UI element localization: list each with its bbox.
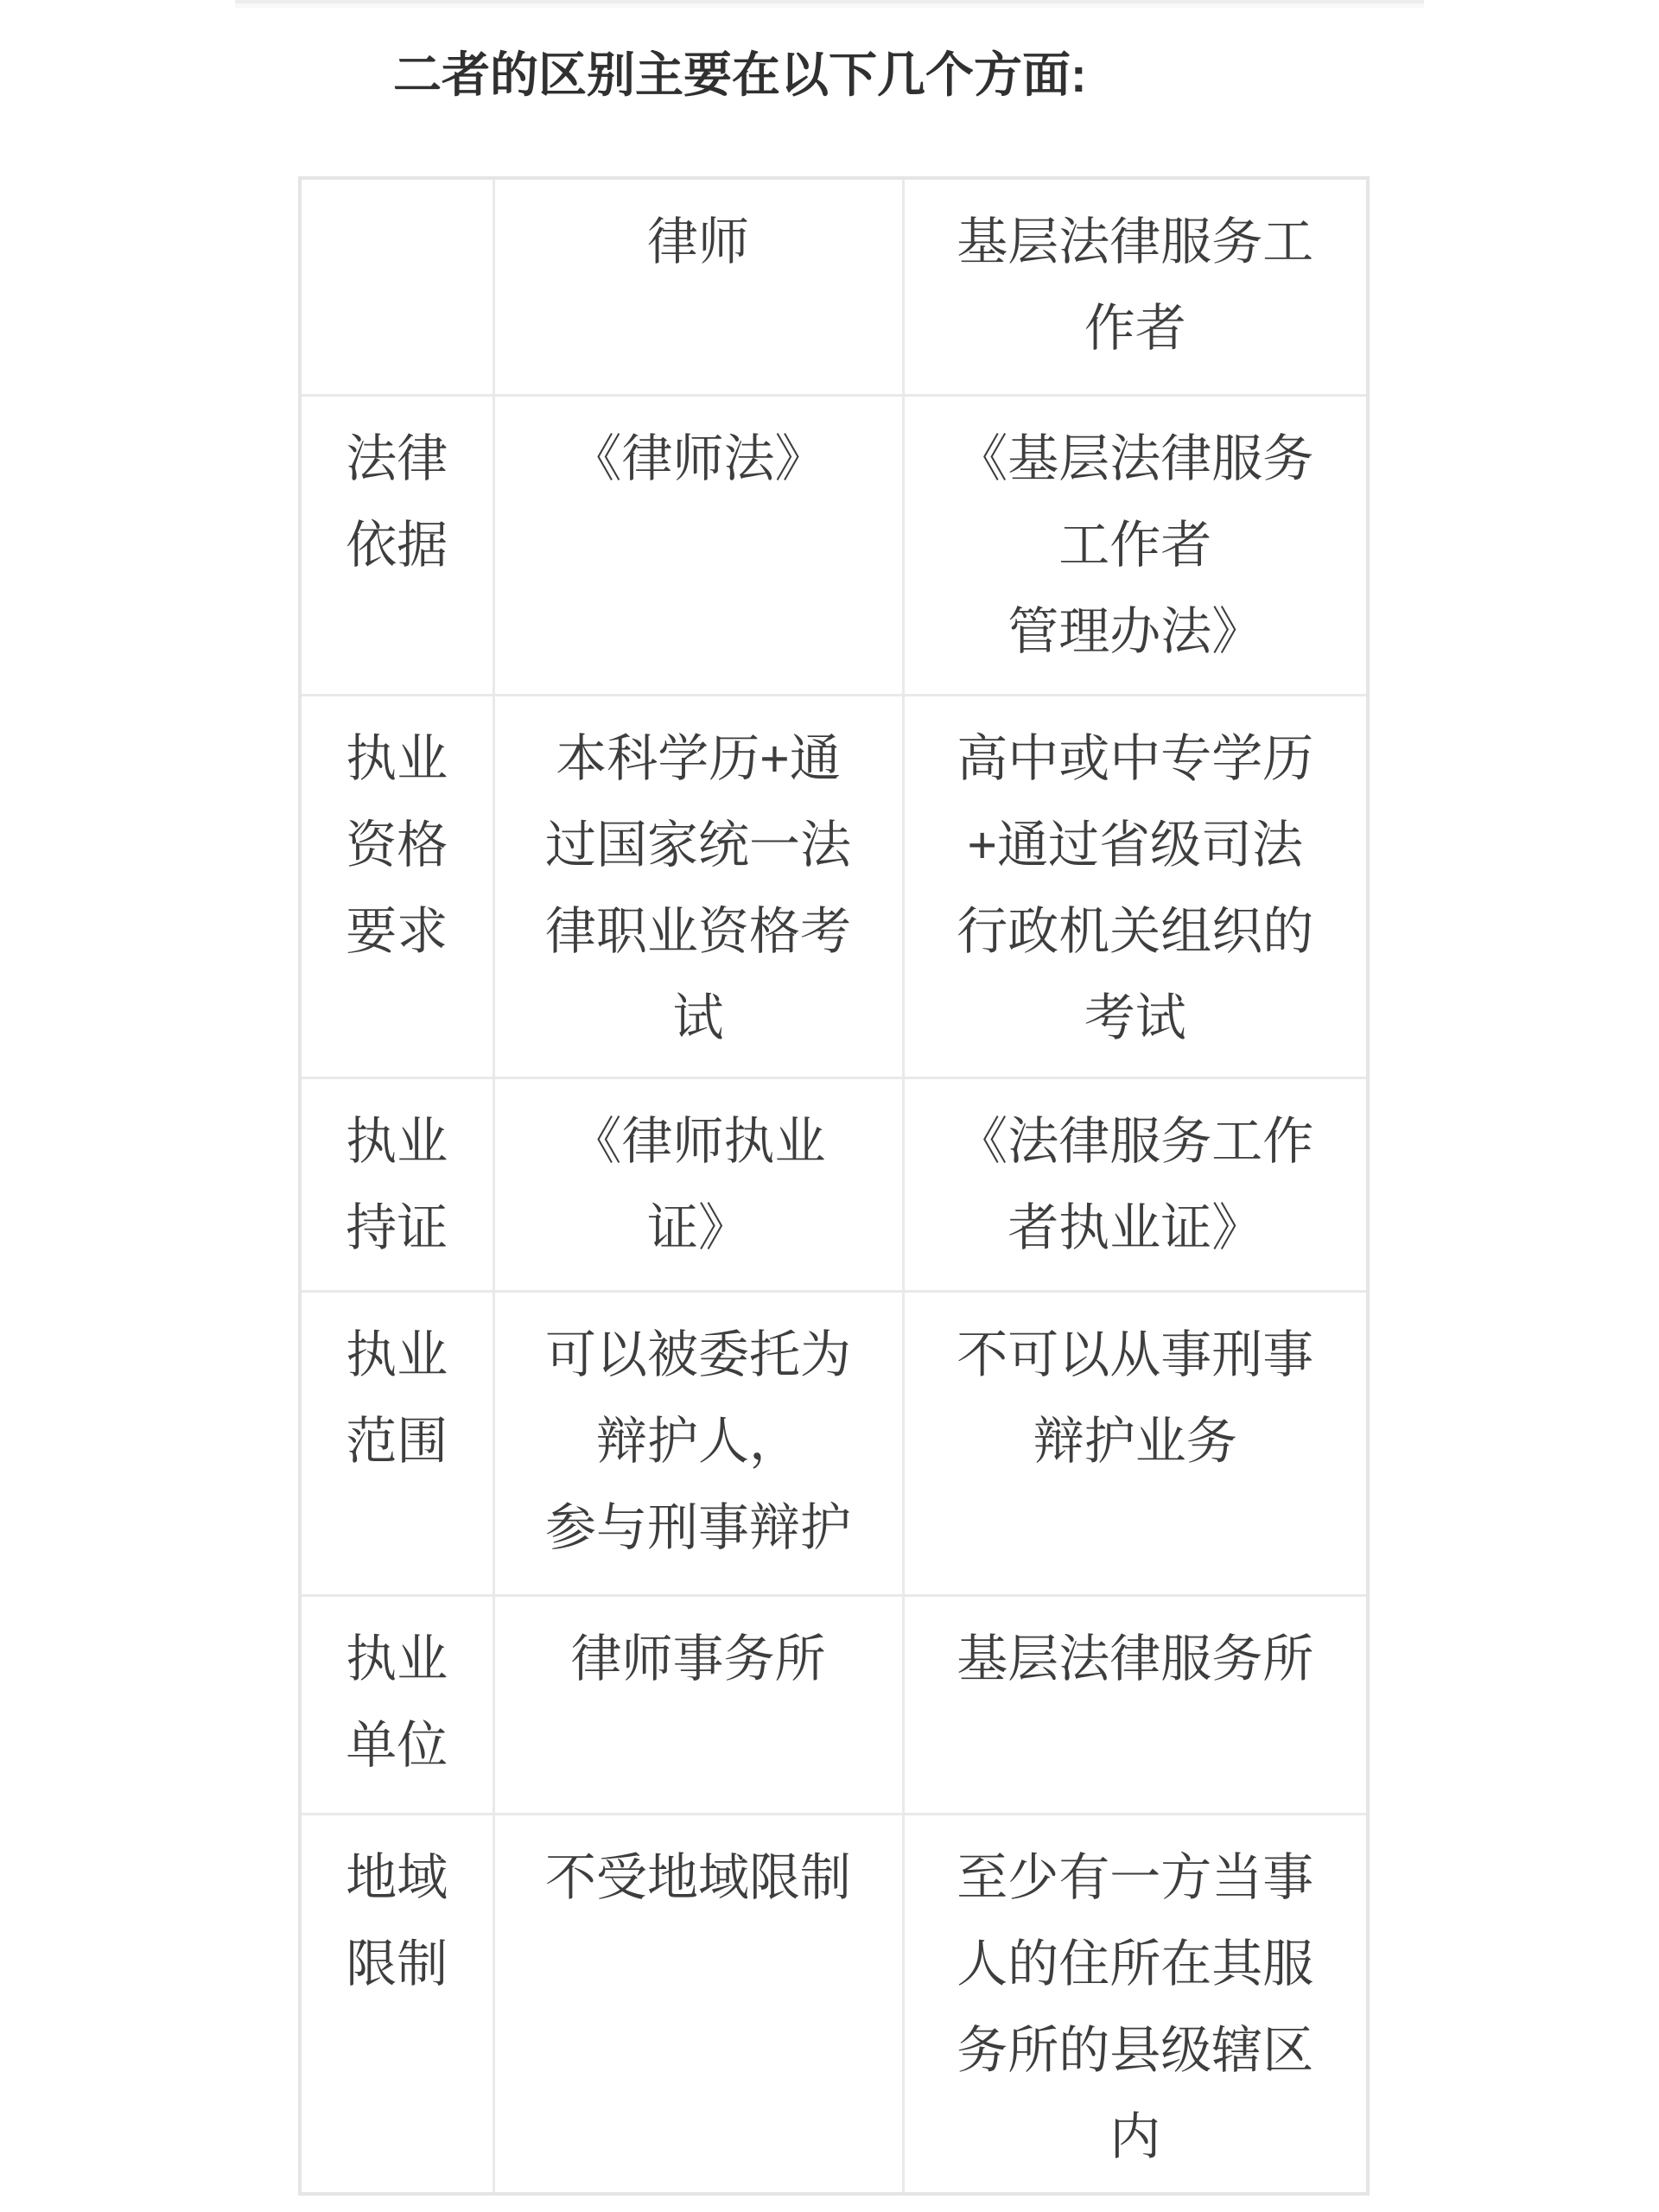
- lawyer-cell: 律师事务所: [493, 1595, 903, 1814]
- lawyer-cell: 可以被委托为 辩护人， 参与刑事辩护: [493, 1291, 903, 1595]
- table-row-certificate: 执业 持证 《律师执业 证》 《法律服务工作 者执业证》: [300, 1077, 1368, 1291]
- worker-cell: 基层法律服务所: [903, 1595, 1368, 1814]
- row-label-cell: 执业 单位: [300, 1595, 493, 1814]
- table-header-row: 律师 基层法律服务工 作者: [300, 178, 1368, 395]
- row-label-cell: 地域 限制: [300, 1814, 493, 2194]
- worker-cell: 《法律服务工作 者执业证》: [903, 1077, 1368, 1291]
- comparison-table: 律师 基层法律服务工 作者 法律 依据 《律师法》 《基层法律服务 工作者 管理…: [298, 176, 1370, 2196]
- row-label-cell: 法律 依据: [300, 395, 493, 695]
- table-row-qualification: 执业 资格 要求 本科学历+通 过国家统一法 律职业资格考 试 高中或中专学历 …: [300, 695, 1368, 1077]
- page-heading: 二者的区别主要在以下几个方面:: [393, 47, 1087, 104]
- row-label-cell: 执业 持证: [300, 1077, 493, 1291]
- top-edge-strip-soft: [235, 3, 1424, 8]
- row-label-cell: 执业 资格 要求: [300, 695, 493, 1077]
- table-row-legal-basis: 法律 依据 《律师法》 《基层法律服务 工作者 管理办法》: [300, 395, 1368, 695]
- header-lawyer-cell: 律师: [493, 178, 903, 395]
- table-row-practice-unit: 执业 单位 律师事务所 基层法律服务所: [300, 1595, 1368, 1814]
- worker-cell: 至少有一方当事 人的住所在其服 务所的县级辖区 内: [903, 1814, 1368, 2194]
- lawyer-cell: 不受地域限制: [493, 1814, 903, 2194]
- header-empty-cell: [300, 178, 493, 395]
- worker-cell: 不可以从事刑事 辩护业务: [903, 1291, 1368, 1595]
- table-row-region-limit: 地域 限制 不受地域限制 至少有一方当事 人的住所在其服 务所的县级辖区 内: [300, 1814, 1368, 2194]
- table-row-practice-scope: 执业 范围 可以被委托为 辩护人， 参与刑事辩护 不可以从事刑事 辩护业务: [300, 1291, 1368, 1595]
- lawyer-cell: 《律师执业 证》: [493, 1077, 903, 1291]
- article-page: { "page": { "heading": "二者的区别主要在以下几个方面:"…: [0, 0, 1659, 2212]
- header-worker-cell: 基层法律服务工 作者: [903, 178, 1368, 395]
- worker-cell: 高中或中专学历 +通过省级司法 行政机关组织的 考试: [903, 695, 1368, 1077]
- row-label-cell: 执业 范围: [300, 1291, 493, 1595]
- worker-cell: 《基层法律服务 工作者 管理办法》: [903, 395, 1368, 695]
- lawyer-cell: 《律师法》: [493, 395, 903, 695]
- lawyer-cell: 本科学历+通 过国家统一法 律职业资格考 试: [493, 695, 903, 1077]
